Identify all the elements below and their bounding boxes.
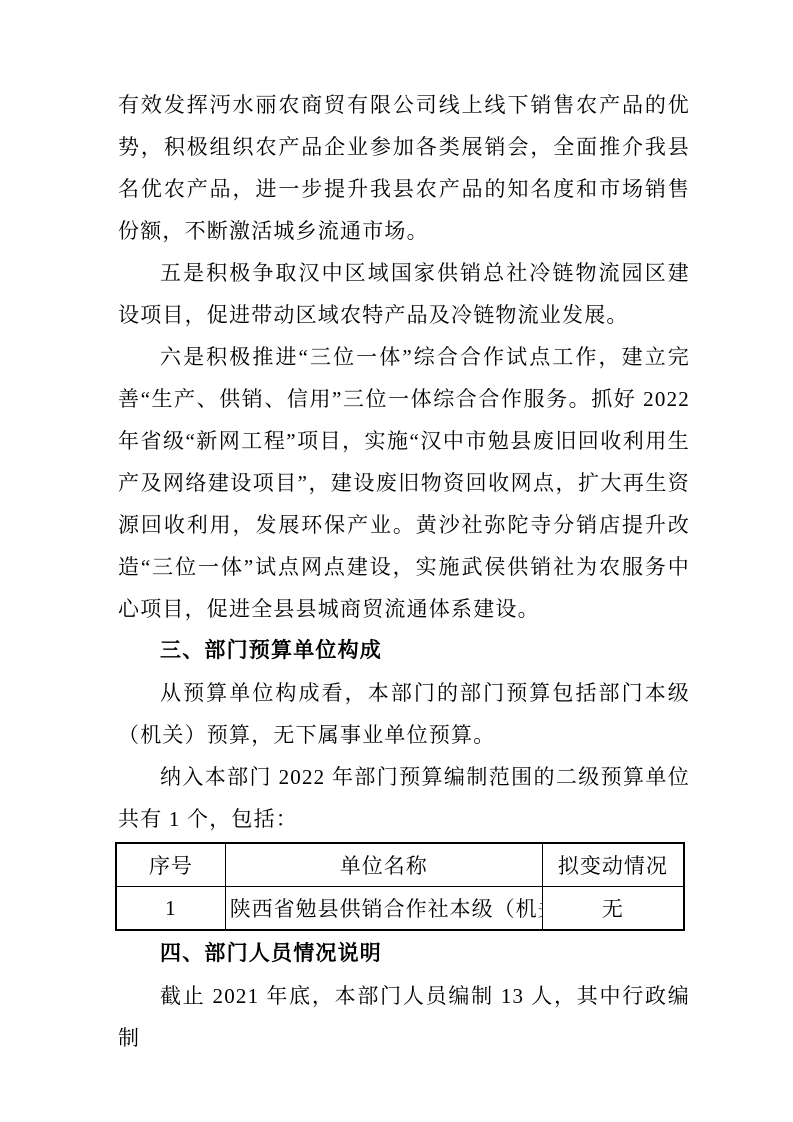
table-row: 1 陕西省勉县供销合作社本级（机关） 无	[116, 887, 684, 931]
budget-unit-table: 序号 单位名称 拟变动情况 1 陕西省勉县供销合作社本级（机关） 无	[115, 842, 685, 931]
paragraph-item5: 五是积极争取汉中区域国家供销总社冷链物流园区建设项目，促进带动区域农特产品及冷链…	[118, 252, 690, 336]
table-cell-unit-name: 陕西省勉县供销合作社本级（机关）	[225, 887, 542, 931]
paragraph-marketing: 有效发挥沔水丽农商贸有限公司线上线下销售农产品的优势，积极组织农产品企业参加各类…	[118, 84, 690, 252]
heading-section3-budget-unit-composition: 三、部门预算单位构成	[118, 630, 690, 672]
document-content: 有效发挥沔水丽农商贸有限公司线上线下销售农产品的优势，积极组织农产品企业参加各类…	[118, 84, 690, 1059]
table-cell-planned-change: 无	[542, 887, 684, 931]
table-header-planned-change: 拟变动情况	[542, 843, 684, 887]
document-page: 有效发挥沔水丽农商贸有限公司线上线下销售农产品的优势，积极组织农产品企业参加各类…	[0, 0, 793, 1122]
paragraph-secondary-units: 纳入本部门 2022 年部门预算编制范围的二级预算单位共有 1 个，包括：	[118, 756, 690, 840]
table-header-serial-number: 序号	[116, 843, 225, 887]
heading-section4-staffing-description: 四、部门人员情况说明	[118, 933, 690, 975]
table-cell-serial-number: 1	[116, 887, 225, 931]
paragraph-budget-composition: 从预算单位构成看，本部门的部门预算包括部门本级（机关）预算，无下属事业单位预算。	[118, 672, 690, 756]
paragraph-staffing: 截止 2021 年底，本部门人员编制 13 人，其中行政编制	[118, 975, 690, 1059]
paragraph-item6: 六是积极推进“三位一体”综合合作试点工作，建立完善“生产、供销、信用”三位一体综…	[118, 336, 690, 630]
table-header-unit-name: 单位名称	[225, 843, 542, 887]
table-header-row: 序号 单位名称 拟变动情况	[116, 843, 684, 887]
